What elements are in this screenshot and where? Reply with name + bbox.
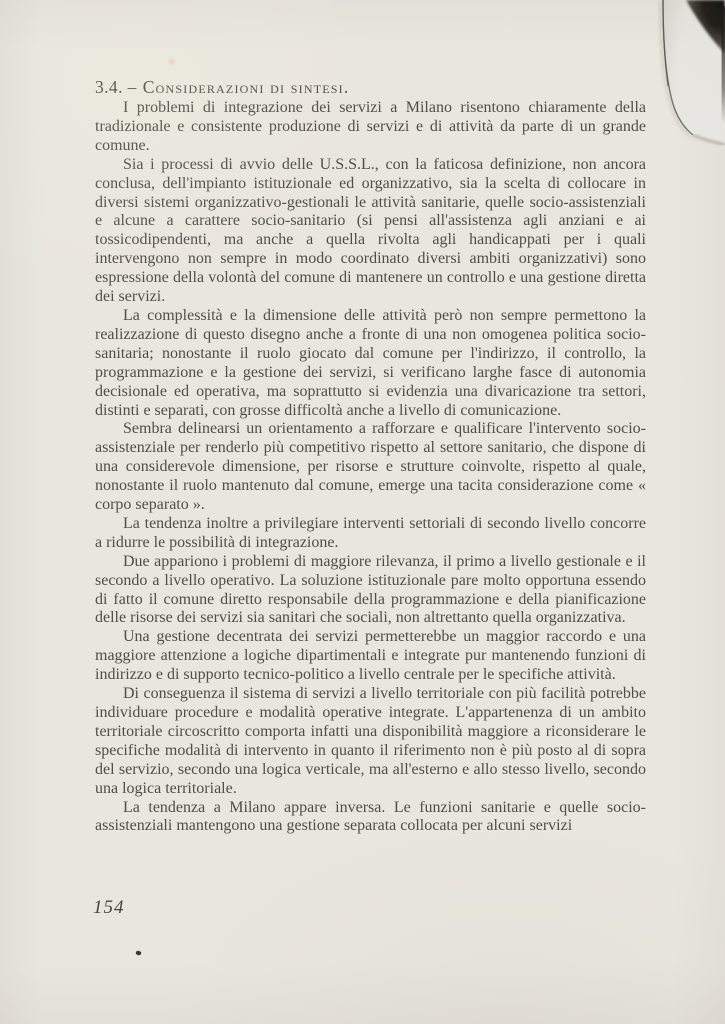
section-heading: 3.4. –Considerazioni di sintesi.	[95, 77, 349, 98]
ink-dot	[135, 950, 141, 956]
page-number: 154	[93, 897, 125, 919]
torn-corner-graphic	[635, 0, 725, 170]
paragraph: La tendenza inoltre a privilegiare inter…	[95, 515, 646, 553]
section-number: 3.4. –	[95, 77, 137, 97]
section-title: Considerazioni di sintesi.	[143, 77, 350, 97]
paragraph: Di conseguenza il sistema di servizi a l…	[95, 685, 646, 798]
paper-stain	[167, 58, 176, 65]
paragraph: La complessità e la dimensione delle att…	[95, 307, 646, 420]
body-text: I problemi di integrazione dei servizi a…	[95, 99, 646, 836]
paragraph: Due appariono i problemi di maggiore ril…	[95, 553, 646, 629]
paragraph: Sembra delinearsi un orientamento a raff…	[95, 420, 646, 515]
paragraph: Una gestione decentrata dei servizi perm…	[95, 628, 646, 685]
paragraph: I problemi di integrazione dei servizi a…	[95, 99, 646, 156]
scanned-page: 3.4. –Considerazioni di sintesi. I probl…	[0, 0, 725, 1024]
paragraph: La tendenza a Milano appare inversa. Le …	[95, 799, 646, 837]
paragraph: Sia i processi di avvio delle U.S.S.L., …	[95, 156, 646, 307]
